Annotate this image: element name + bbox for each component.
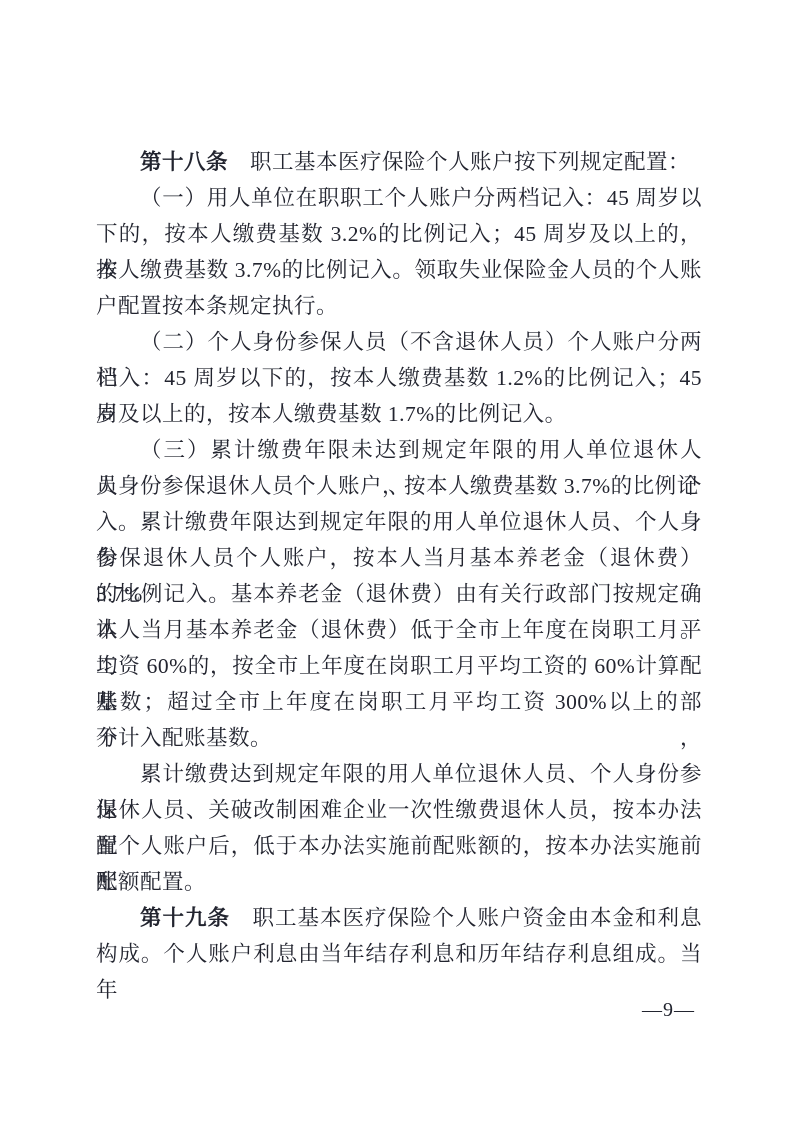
body-text: 构成。个人账户利息由当年结存利息和历年结存利息组成。当年	[96, 942, 702, 1002]
article-heading-text: 第十八条	[140, 150, 228, 174]
body-text: 岁及以上的，按本人缴费基数 1.7%的比例记入。	[96, 402, 567, 426]
text-line: 岁及以上的，按本人缴费基数 1.7%的比例记入。	[96, 396, 702, 432]
text-line: 置个人账户后，低于本办法实施前配账额的，按本办法实施前配	[96, 828, 702, 864]
text-line: 构成。个人账户利息由当年结存利息和历年结存利息组成。当年	[96, 936, 702, 972]
text-line: 账额配置。	[96, 864, 702, 900]
body-text: 职工基本医疗保险个人账户资金由本金和利息	[230, 906, 702, 930]
body-text: 本人缴费基数 3.7%的比例记入。领取失业保险金人员的个人账	[96, 258, 702, 282]
text-line: 下的，按本人缴费基数 3.2%的比例记入；45 周岁及以上的，按	[96, 216, 702, 252]
body-text: （一）用人单位在职职工个人账户分两档记入：45 周岁以	[140, 186, 702, 210]
body-text: 不计入配账基数。	[96, 726, 272, 750]
body-text: 职工基本医疗保险个人账户按下列规定配置：	[228, 150, 690, 174]
text-line: 第十九条 职工基本医疗保险个人账户资金由本金和利息	[96, 900, 702, 936]
document-page: 第十八条 职工基本医疗保险个人账户按下列规定配置：（一）用人单位在职职工个人账户…	[0, 0, 794, 1123]
body-text: 户配置按本条规定执行。	[96, 294, 338, 318]
text-line: 工资 60%的，按全市上年度在岗职工月平均工资的 60%计算配账	[96, 648, 702, 684]
text-line: （三）累计缴费年限未达到规定年限的用人单位退休人员、个	[96, 432, 702, 468]
page-number: —9—	[642, 998, 695, 1022]
text-line: 的比例记入。基本养老金（退休费）由有关行政部门按规定确认。	[96, 576, 702, 612]
text-line: 本人缴费基数 3.7%的比例记入。领取失业保险金人员的个人账	[96, 252, 702, 288]
document-body: 第十八条 职工基本医疗保险个人账户按下列规定配置：（一）用人单位在职职工个人账户…	[96, 144, 702, 972]
text-line: 累计缴费年限达到规定年限的用人单位退休人员、个人身份	[96, 504, 702, 540]
text-line: 退休人员、关破改制困难企业一次性缴费退休人员，按本办法配	[96, 792, 702, 828]
text-line: （一）用人单位在职职工个人账户分两档记入：45 周岁以	[96, 180, 702, 216]
text-line: 本人当月基本养老金（退休费）低于全市上年度在岗职工月平均	[96, 612, 702, 648]
text-line: （二）个人身份参保人员（不含退休人员）个人账户分两档	[96, 324, 702, 360]
article-heading-text: 第十九条	[140, 906, 230, 930]
text-line: 户配置按本条规定执行。	[96, 288, 702, 324]
text-line: 参保退休人员个人账户，按本人当月基本养老金（退休费）3.7%	[96, 540, 702, 576]
text-line: 累计缴费达到规定年限的用人单位退休人员、个人身份参保	[96, 756, 702, 792]
text-line: 记入：45 周岁以下的，按本人缴费基数 1.2%的比例记入；45 周	[96, 360, 702, 396]
text-line: 人身份参保退休人员个人账户，按本人缴费基数 3.7%的比例记入。	[96, 468, 702, 504]
text-line: 第十八条 职工基本医疗保险个人账户按下列规定配置：	[96, 144, 702, 180]
body-text: 账额配置。	[96, 870, 206, 894]
text-line: 基数；超过全市上年度在岗职工月平均工资 300%以上的部分，	[96, 684, 702, 720]
